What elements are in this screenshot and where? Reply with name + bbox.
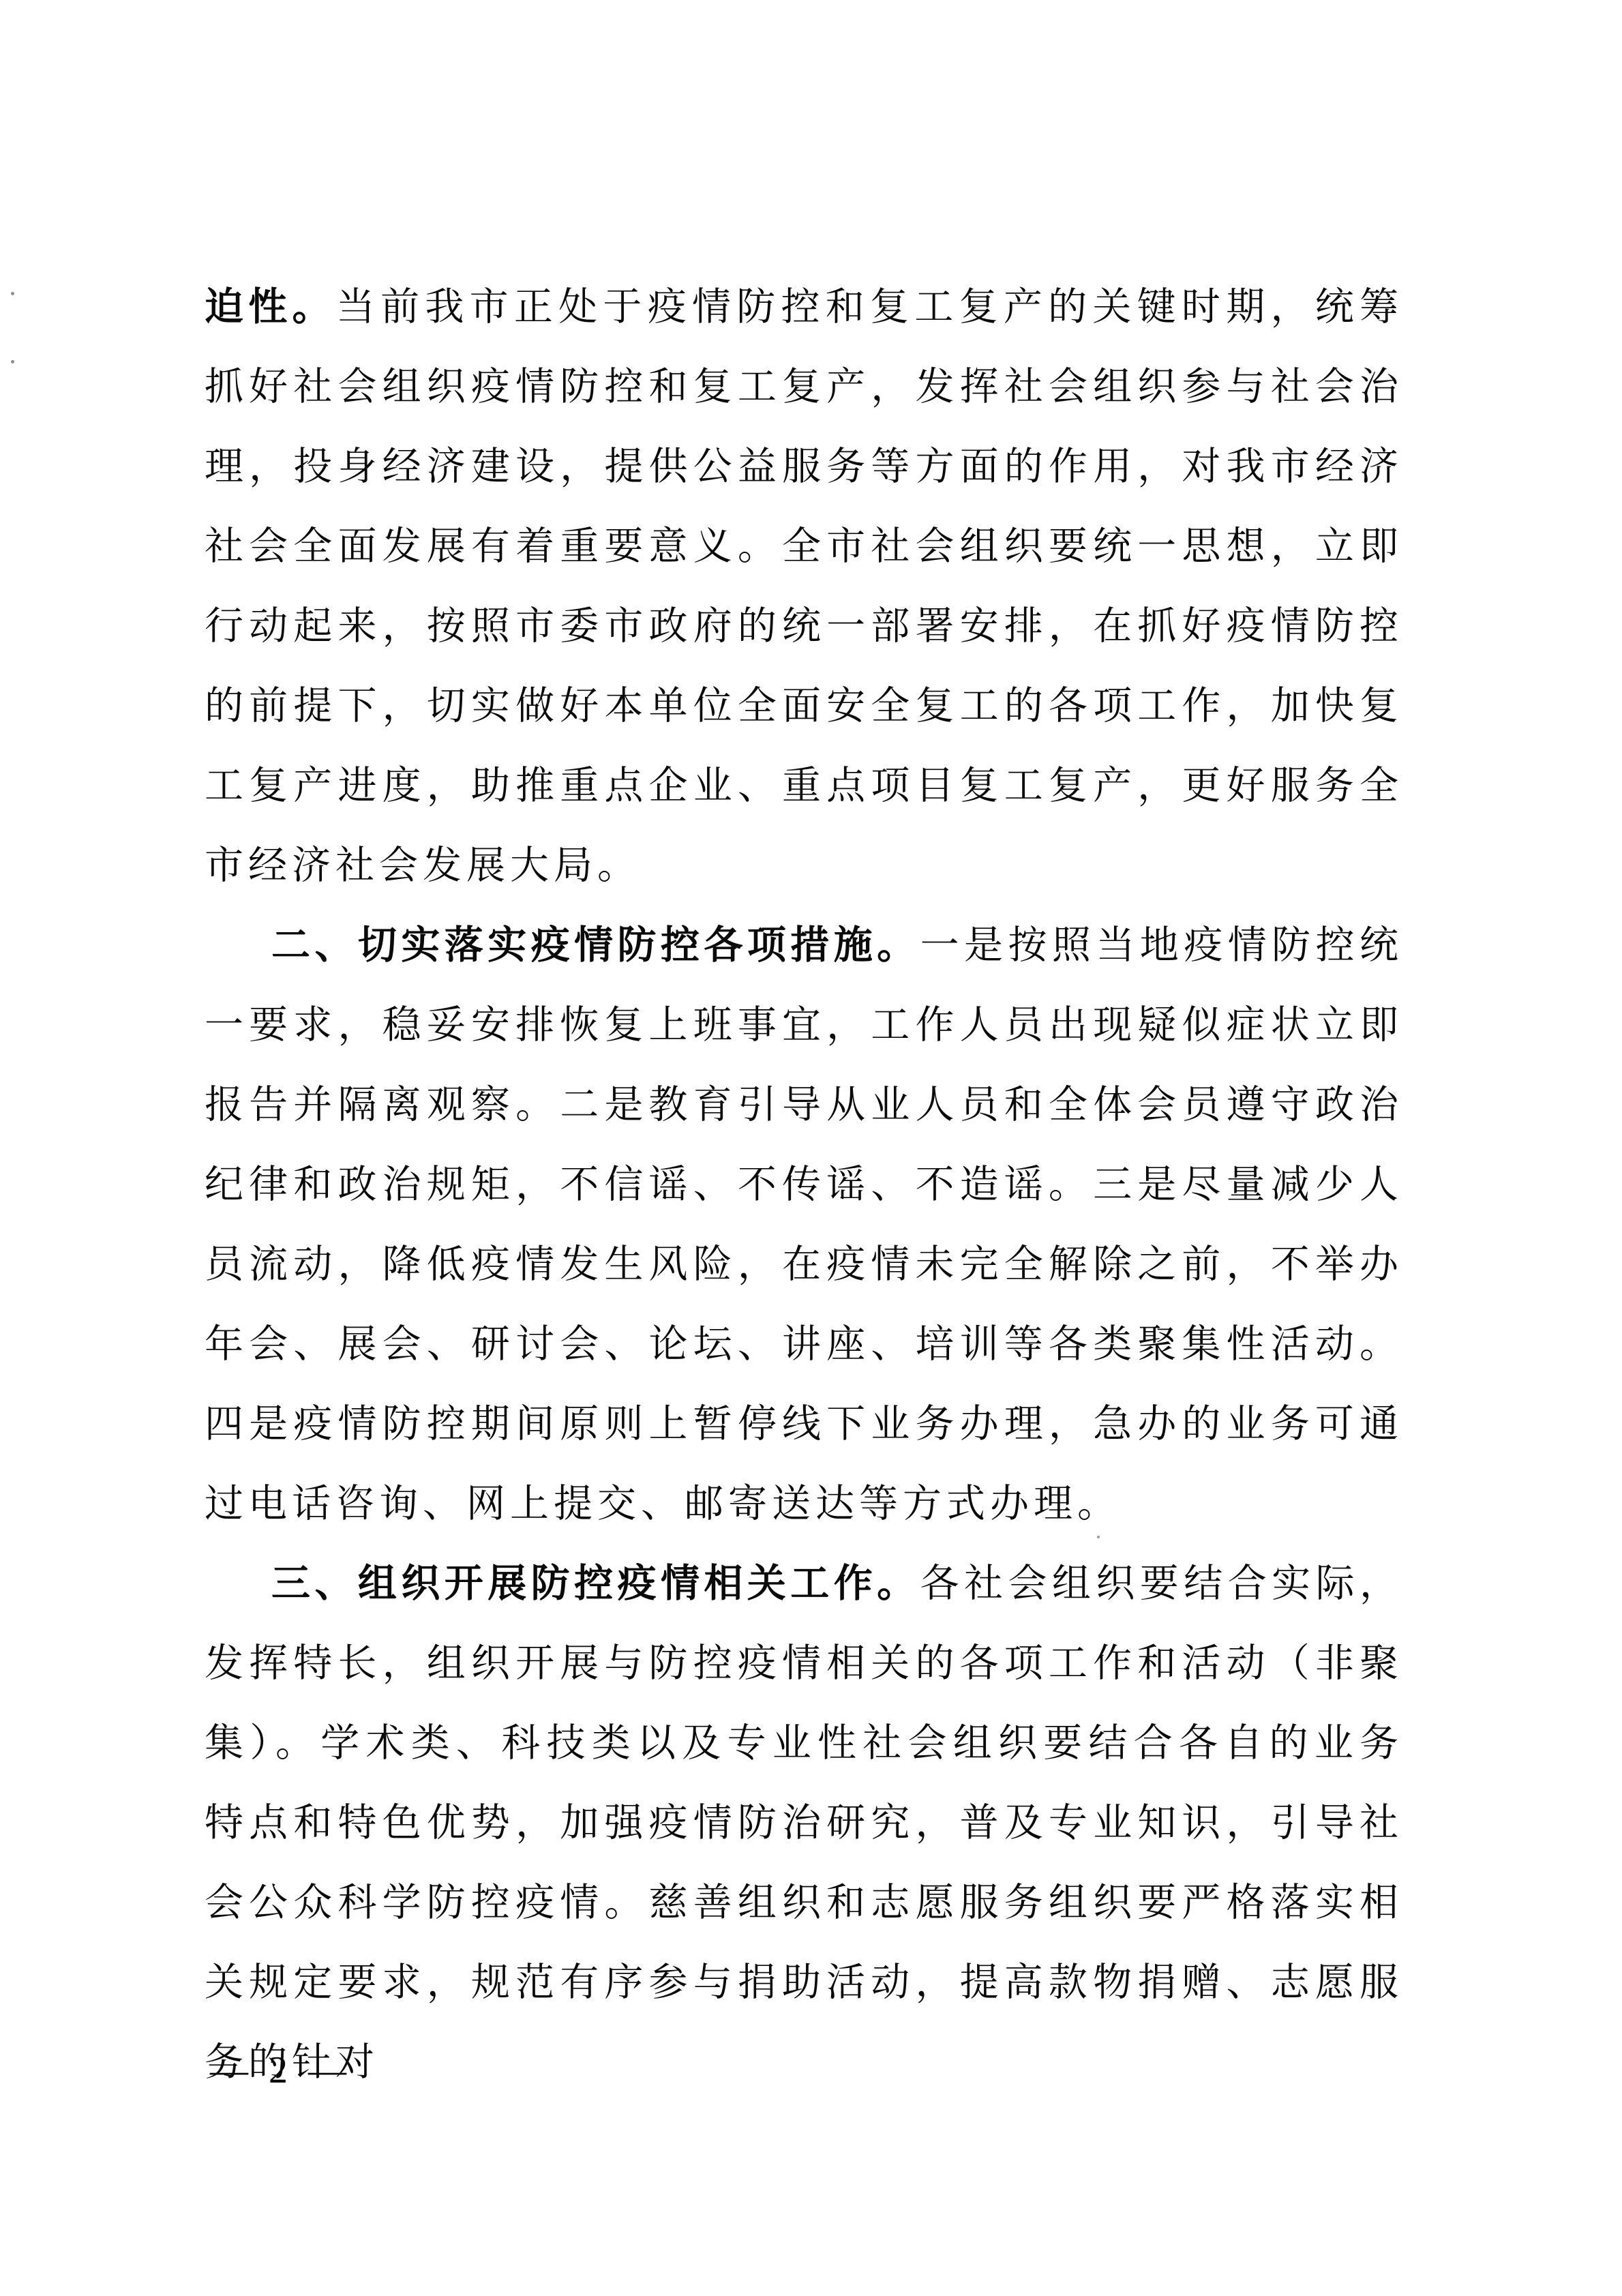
scan-artifact-dot [11, 292, 14, 295]
page-number: — 2 — [210, 2049, 352, 2091]
paragraph-section-3: 三、组织开展防控疫情相关工作。各社会组织要结合实际，发挥特长，组织开展与防控疫情… [205, 1544, 1403, 2102]
scan-artifact-dot [1097, 1536, 1100, 1538]
paragraph-section-2-text: 一是按照当地疫情防控统一要求，稳妥安排恢复上班事宜，工作人员出现疑似症状立即报告… [205, 924, 1403, 1525]
paragraph-section-2: 二、切实落实疫情防控各项措施。一是按照当地疫情防控统一要求，稳妥安排恢复上班事宜… [205, 906, 1403, 1544]
document-body: 迫性。当前我市正处于疫情防控和复工复产的关键时期，统筹抓好社会组织疫情防控和复工… [205, 267, 1403, 2102]
paragraph-section-3-heading: 三、组织开展防控疫情相关工作。 [271, 1561, 920, 1606]
paragraph-continuation-text: 当前我市正处于疫情防控和复工复产的关键时期，统筹抓好社会组织疫情防控和复工复产，… [205, 286, 1403, 887]
paragraph-continuation-lead: 迫性。 [205, 284, 336, 329]
paragraph-section-2-heading: 二、切实落实疫情防控各项措施。 [271, 923, 920, 968]
scan-artifact-dot [11, 360, 14, 363]
paragraph-continuation: 迫性。当前我市正处于疫情防控和复工复产的关键时期，统筹抓好社会组织疫情防控和复工… [205, 267, 1403, 906]
page-footer: — 2 — [210, 2043, 352, 2098]
document-page: 迫性。当前我市正处于疫情防控和复工复产的关键时期，统筹抓好社会组织疫情防控和复工… [0, 0, 1622, 2296]
paragraph-section-3-text: 各社会组织要结合实际，发挥特长，组织开展与防控疫情相关的各项工作和活动（非聚集）… [205, 1562, 1403, 2084]
